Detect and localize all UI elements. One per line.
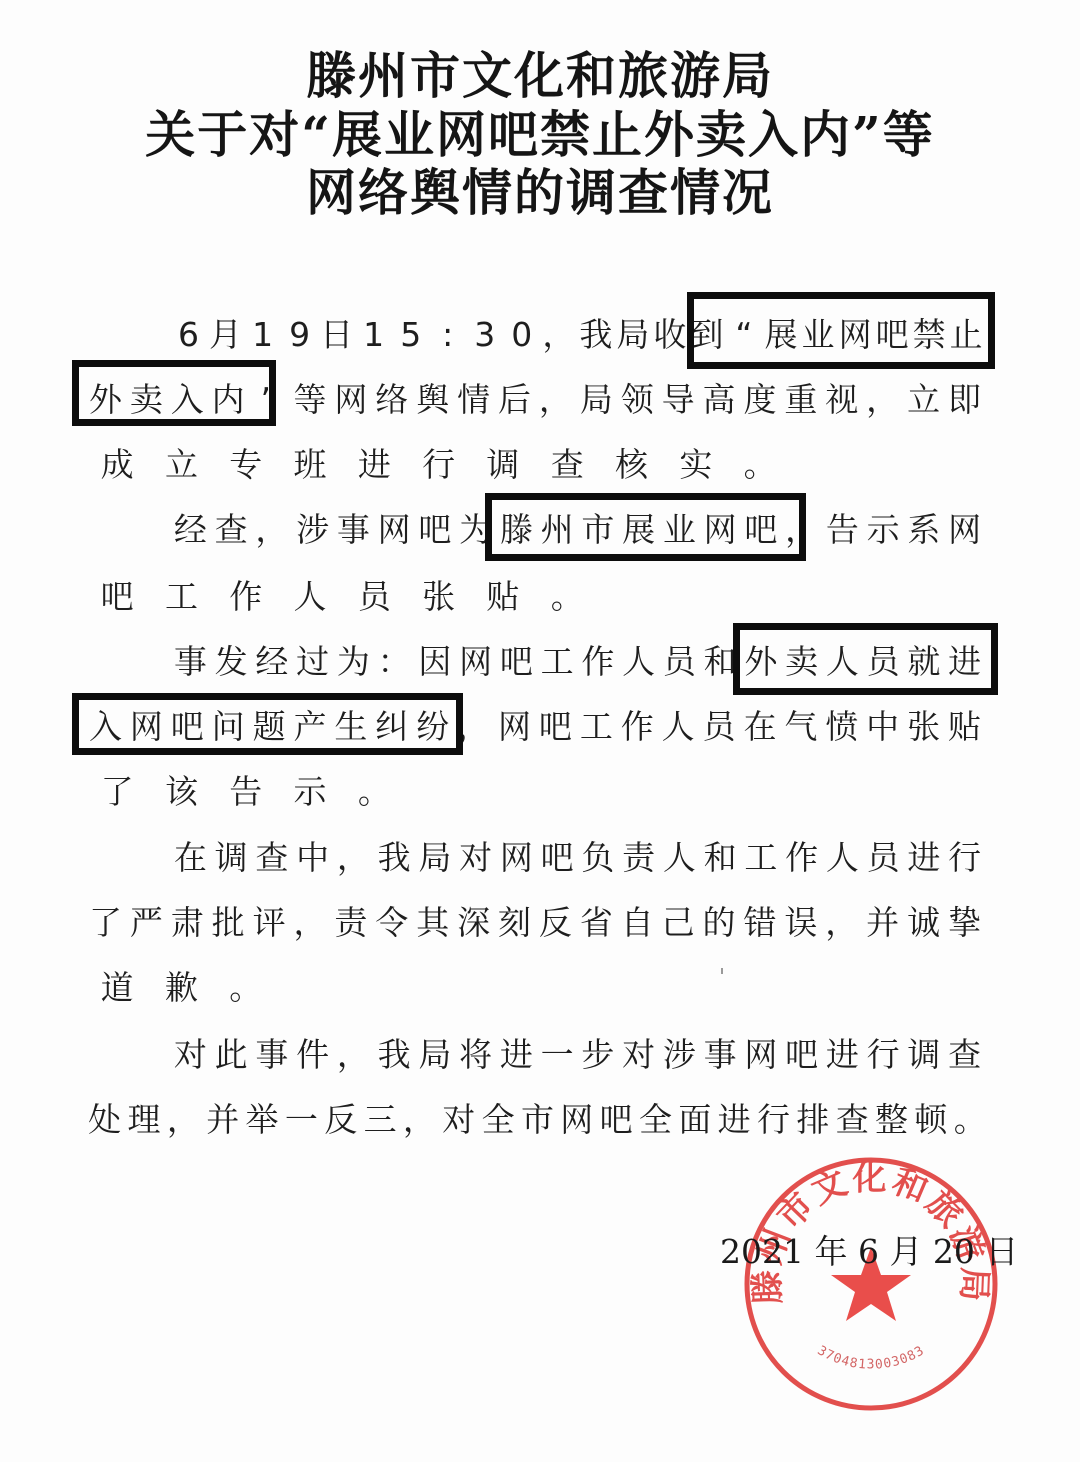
paragraph-4-line-1: 在调查中，我局对网吧负责人和工作人员进行 [170,836,985,880]
paragraph-4-line-3: 道歉。 [85,966,278,1010]
official-seal: 滕州市文化和旅游局 3704813003083 [742,1155,1000,1413]
paragraph-5-line-1: 对此事件，我局将进一步对涉事网吧进行调查 [170,1033,985,1077]
paragraph-4-line-2: 了严肃批评，责令其深刻反省自己的错误，并诚挚 [85,901,985,945]
document-title-line-3: 网络舆情的调查情况 [0,163,1080,223]
paragraph-5-line-2: 处理，并举一反三，对全市网吧全面进行排查整顿。 [85,1098,990,1142]
document-title-line-2: 关于对“展业网吧禁止外卖入内”等 [0,105,1080,165]
svg-text:3704813003083: 3704813003083 [815,1343,928,1372]
highlight-box-quote-end [72,360,276,426]
highlight-box-delivery-staff [733,623,998,695]
seal-number: 3704813003083 [815,1343,928,1372]
paragraph-2-line-2: 吧工作人员张贴。 [85,575,599,619]
highlight-box-dispute [72,693,463,755]
paragraph-1-line-3: 成立专班进行调查核实。 [85,443,792,487]
paragraph-3-line-3: 了该告示。 [85,770,406,814]
highlight-box-internet-cafe-name [485,493,806,561]
highlight-box-quote-start [687,292,995,369]
scan-speck [721,968,723,974]
document-title-line-1: 滕州市文化和旅游局 [0,46,1080,106]
document-date: 2021 年 6 月 20 日 [720,1230,1018,1274]
